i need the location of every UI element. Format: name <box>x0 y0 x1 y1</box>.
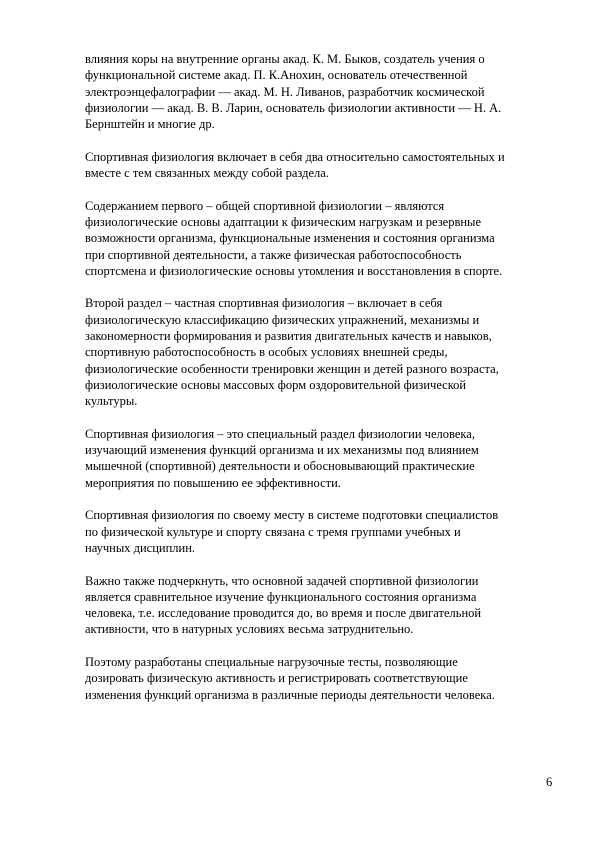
page-number: 6 <box>546 774 552 790</box>
paragraph-first-section-content: Содержанием первого – общей спортивной ф… <box>85 198 582 279</box>
paragraph-definition: Спортивная физиология – это специальный … <box>85 426 582 491</box>
paragraph-academicians: влияния коры на внутренние органы акад. … <box>85 51 582 132</box>
paragraph-load-tests: Поэтому разработаны специальные нагрузоч… <box>85 654 582 703</box>
paragraph-main-task: Важно также подчеркнуть, что основной за… <box>85 573 582 638</box>
document-page: влияния коры на внутренние органы акад. … <box>0 0 595 842</box>
paragraph-two-sections: Спортивная физиология включает в себя дв… <box>85 149 582 182</box>
paragraph-second-section-content: Второй раздел – частная спортивная физио… <box>85 295 582 409</box>
document-text: влияния коры на внутренние органы акад. … <box>85 51 582 719</box>
paragraph-disciplines: Спортивная физиология по своему месту в … <box>85 507 582 556</box>
